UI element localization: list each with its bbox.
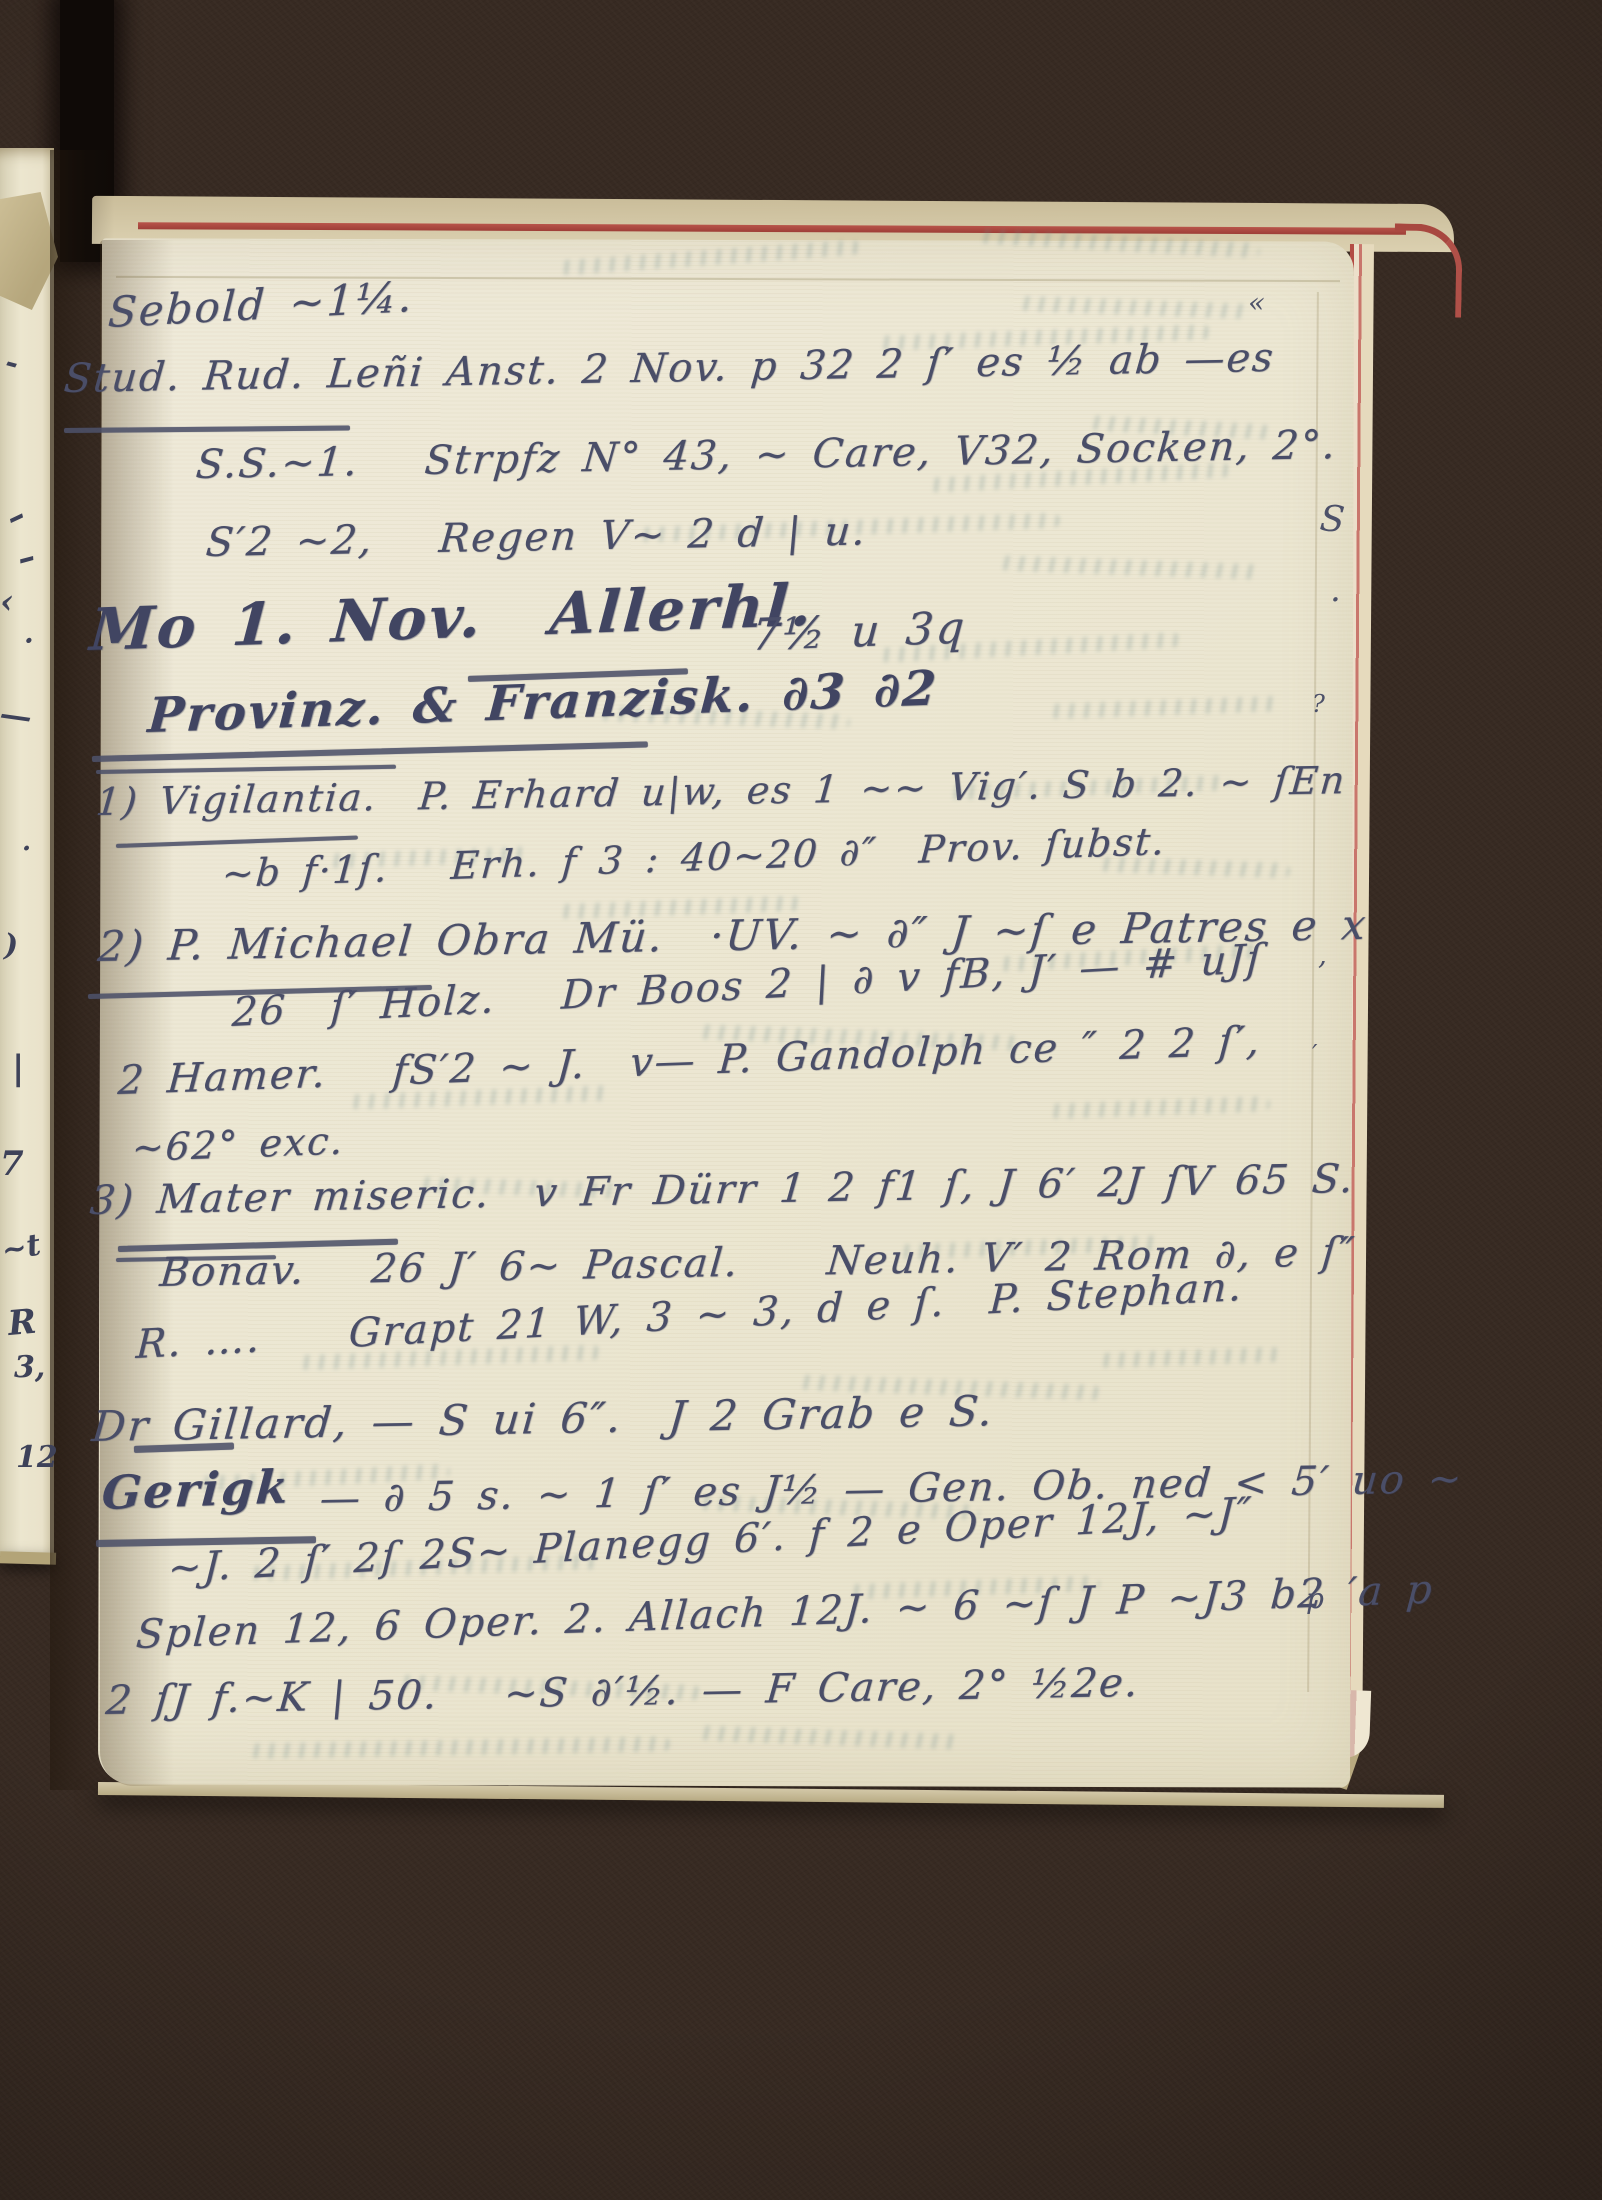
photo-backdrop: Sebold ~1¼.Stud. Rud. Leñi Anst. 2 Nov. … — [0, 0, 1602, 2200]
page-gutter-shading — [100, 240, 174, 1786]
notebook-page — [98, 238, 1354, 1787]
facing-page-sliver — [0, 148, 54, 1556]
facing-page-bottom-edge — [0, 1551, 56, 1564]
